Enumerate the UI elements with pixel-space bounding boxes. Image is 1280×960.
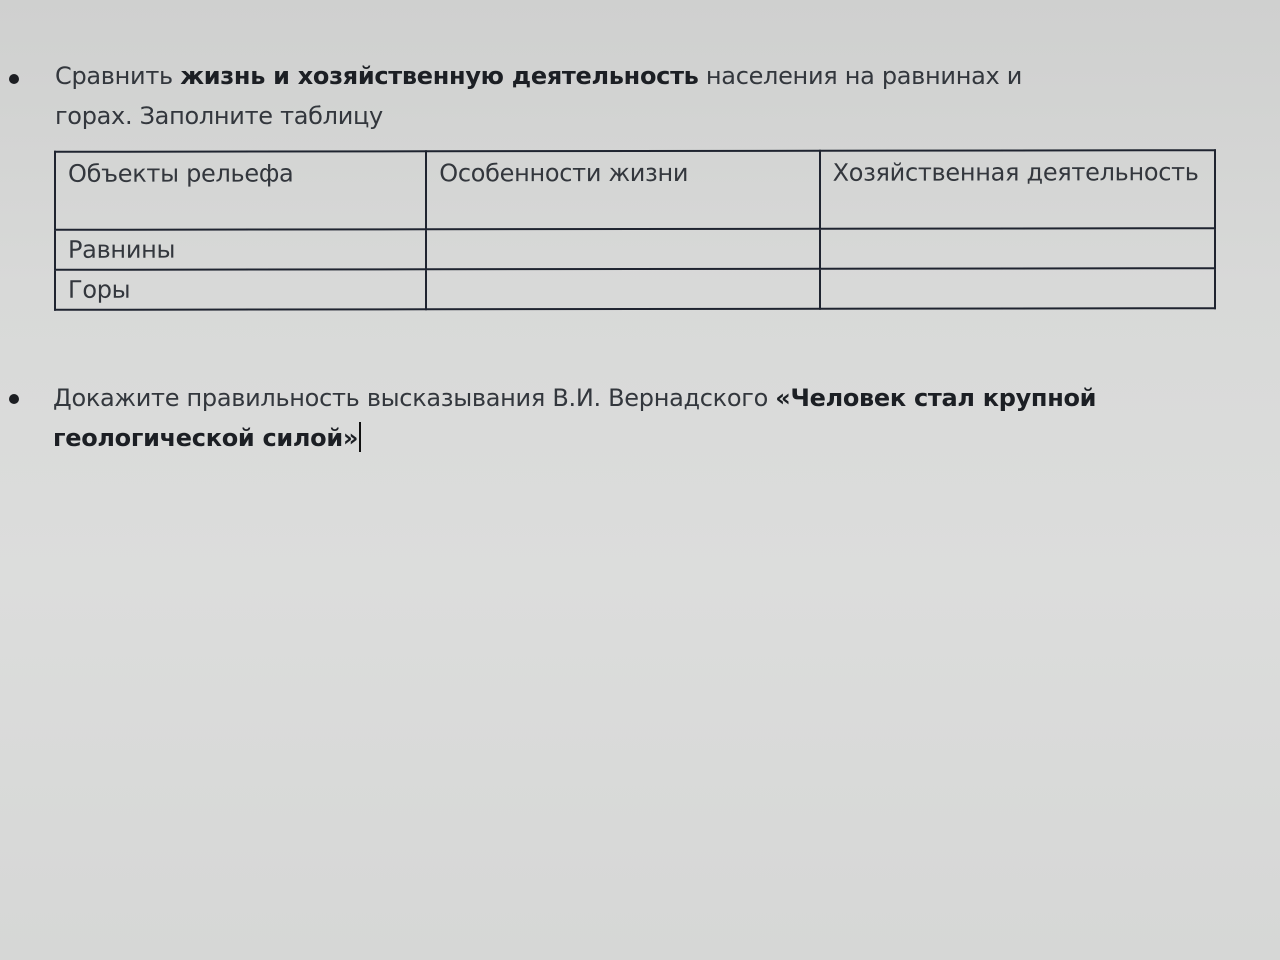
bullet-icon xyxy=(9,74,19,84)
task-compare-bold: жизнь и хозяйственную деятельность xyxy=(180,62,698,90)
text-cursor xyxy=(359,422,361,452)
task-prove-text[interactable]: Докажите правильность высказывания В.И. … xyxy=(53,378,1103,458)
header-relief-objects[interactable]: Объекты рельефа xyxy=(55,151,426,230)
cell-plains-economy[interactable] xyxy=(820,228,1215,269)
table-header-row: Объекты рельефа Особенности жизни Хозяйс… xyxy=(55,150,1215,230)
table-row: Горы xyxy=(55,268,1215,310)
document-page: Сравнить жизнь и хозяйственную деятельно… xyxy=(0,0,1280,960)
header-economic-activity[interactable]: Хозяйственная деятельность xyxy=(820,150,1215,229)
row-label-mountains[interactable]: Горы xyxy=(55,269,426,310)
cell-plains-life[interactable] xyxy=(426,229,819,270)
task-prove-prefix: Докажите правильность высказывания В.И. … xyxy=(53,384,775,412)
table-row: Равнины xyxy=(55,228,1215,270)
cell-mountains-life[interactable] xyxy=(426,269,819,310)
header-life-features[interactable]: Особенности жизни xyxy=(426,151,819,230)
row-label-plains[interactable]: Равнины xyxy=(55,229,426,270)
cell-mountains-economy[interactable] xyxy=(820,268,1215,309)
task-compare-prefix: Сравнить xyxy=(55,62,180,90)
task-compare-text[interactable]: Сравнить жизнь и хозяйственную деятельно… xyxy=(55,56,1105,136)
bullet-icon xyxy=(9,394,19,404)
relief-comparison-table: Объекты рельефа Особенности жизни Хозяйс… xyxy=(54,149,1216,311)
